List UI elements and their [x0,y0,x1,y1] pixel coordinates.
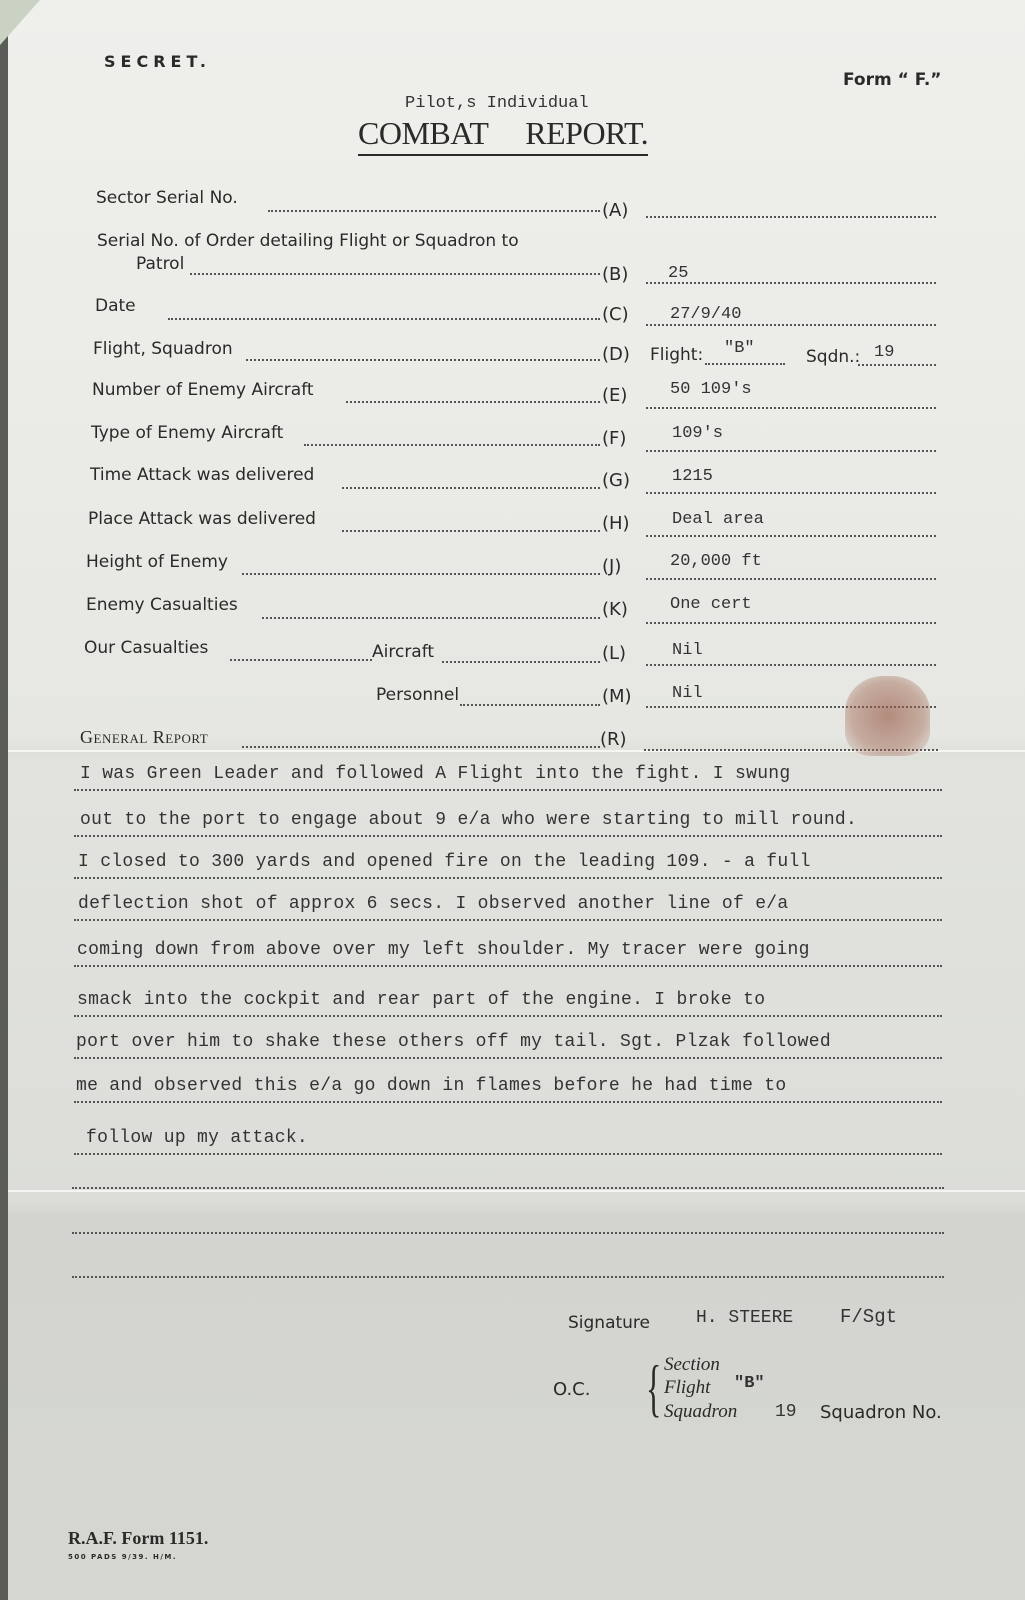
report-line[interactable]: I closed to 300 yards and opened fire on… [78,852,811,872]
blank-report-line[interactable] [72,1232,944,1234]
leader-dots [242,573,600,575]
field-value-enemy-casualties[interactable]: One cert [670,595,752,614]
signature-label: Signature [568,1313,650,1333]
blank-report-line[interactable] [72,1187,944,1189]
field-value-enemy-height[interactable]: 20,000 ft [670,552,762,571]
brace-symbol: { [646,1356,661,1420]
report-line-rule [74,1153,942,1155]
field-letter-m: (M) [602,686,632,707]
form-title: COMBAT REPORT. [358,115,648,156]
oc-label: O.C. [553,1379,590,1400]
leader-dots [646,622,936,624]
squadron-label: Sqdn.: [806,347,860,367]
leader-dots [460,704,600,706]
leader-dots [230,659,372,661]
leader-dots [342,487,600,489]
field-label-attack-place: Place Attack was delivered [88,509,316,529]
leader-dots [646,324,936,326]
leader-dots [242,746,600,748]
field-label-enemy-height: Height of Enemy [86,552,228,572]
leader-dots [646,492,936,494]
field-sublabel-personnel: Personnel [376,685,459,705]
leader-dots [246,359,600,361]
report-line[interactable]: smack into the cockpit and rear part of … [77,990,765,1010]
oc-section-label: Section [664,1354,720,1376]
leader-dots [304,444,600,446]
field-label-our-casualties: Our Casualties [84,638,208,658]
print-info: 500 PADS 9/39. H/M. [68,1553,177,1561]
leader-dots [858,364,936,366]
field-value-attack-time[interactable]: 1215 [672,467,713,486]
form-subtitle: Pilot,s Individual [405,94,589,113]
field-letter-c: (C) [602,304,629,325]
leader-dots [646,282,936,284]
field-letter-j: (J) [602,556,621,577]
flight-label: Flight: [650,345,703,365]
field-letter-e: (E) [602,385,627,406]
field-label-enemy-type: Type of Enemy Aircraft [91,423,283,443]
leader-dots [342,530,600,532]
leader-dots [646,407,936,409]
field-label-date: Date [95,296,136,316]
field-value-enemy-type[interactable]: 109's [672,424,723,443]
report-line-rule [74,1015,942,1017]
oc-flight-label: Flight [664,1377,710,1399]
field-value-sector-serial[interactable] [646,216,936,218]
field-value-order-serial[interactable]: 25 [668,264,688,283]
report-line[interactable]: deflection shot of approx 6 secs. I obse… [78,894,789,914]
leader-dots [262,617,600,619]
report-line-rule [74,835,942,837]
field-value-flight[interactable]: "B" [724,339,755,358]
oc-squadron-value[interactable]: 19 [775,1402,797,1422]
form-number: R.A.F. Form 1151. [68,1528,208,1549]
field-value-personnel-casualties[interactable]: Nil [672,684,703,703]
field-label-flight-squadron: Flight, Squadron [93,339,233,359]
report-line-rule [74,919,942,921]
signature-name[interactable]: H. STEERE [696,1308,793,1328]
report-line[interactable]: coming down from above over my left shou… [77,940,810,960]
report-line[interactable]: port over him to shake these others off … [76,1032,831,1052]
field-letter-b: (B) [602,264,628,285]
field-label-sector-serial: Sector Serial No. [96,188,238,208]
paper-fold [8,1190,1025,1192]
report-line-rule [74,877,942,879]
field-label-order-serial-line1: Serial No. of Order detailing Flight or … [97,231,519,251]
oc-flight-value[interactable]: "B" [734,1374,765,1393]
field-value-enemy-number[interactable]: 50 109's [670,380,752,399]
leader-dots [646,535,936,537]
field-value-attack-place[interactable]: Deal area [672,510,764,529]
signature-rank[interactable]: F/Sgt [840,1306,897,1328]
field-letter-f: (F) [602,428,626,449]
field-letter-d: (D) [602,344,630,365]
field-value-date[interactable]: 27/9/40 [670,305,741,324]
report-line[interactable]: out to the port to engage about 9 e/a wh… [80,810,857,830]
field-label-attack-time: Time Attack was delivered [90,465,314,485]
report-line[interactable]: I was Green Leader and followed A Flight… [80,764,791,784]
leader-dots [442,661,600,663]
leader-dots [646,578,936,580]
field-value-squadron[interactable]: 19 [874,343,894,362]
form-code: Form “ F.” [843,70,941,90]
field-label-order-serial: Patrol [136,254,184,274]
report-line[interactable]: follow up my attack. [86,1128,308,1148]
field-letter-h: (H) [602,513,630,534]
report-line[interactable]: me and observed this e/a go down in flam… [76,1076,787,1096]
oc-squadron-no-label: Squadron No. [820,1402,942,1423]
leader-dots [268,210,600,212]
blank-report-line[interactable] [72,1276,944,1278]
field-letter-k: (K) [602,599,628,620]
field-value-aircraft-casualties[interactable]: Nil [672,641,703,660]
oc-squadron-label: Squadron [664,1401,737,1423]
report-line-rule [74,1057,942,1059]
leader-dots [168,318,600,320]
leader-dots [705,363,785,365]
leader-dots [646,450,936,452]
field-sublabel-aircraft: Aircraft [372,642,434,662]
report-line-rule [74,1101,942,1103]
field-label-enemy-casualties: Enemy Casualties [86,595,238,615]
field-letter-g: (G) [602,470,630,491]
field-letter-a: (A) [602,200,628,221]
report-line-rule [74,789,942,791]
field-letter-l: (L) [602,643,626,664]
leader-dots [190,273,600,275]
report-line-rule [74,965,942,967]
field-label-enemy-number: Number of Enemy Aircraft [92,380,314,400]
field-label-general-report: General Report [80,727,208,748]
field-letter-r: (R) [600,729,627,750]
leader-dots [346,401,600,403]
classification-label: SECRET. [104,52,211,71]
leader-dots [646,664,936,666]
coffee-stain [845,676,930,756]
